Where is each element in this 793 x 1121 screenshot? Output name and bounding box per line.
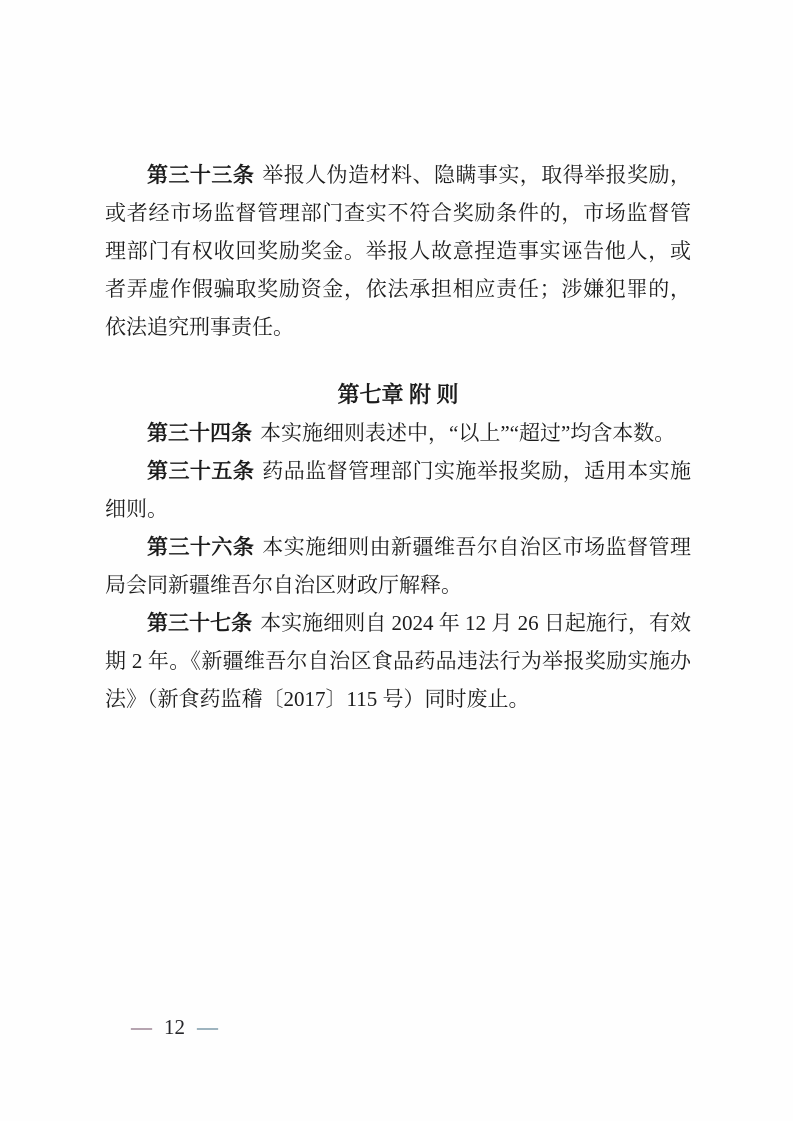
document-page: 第三十三条举报人伪造材料、隐瞒事实，取得举报奖励，或者经市场监督管理部门查实不符…	[0, 0, 793, 1121]
page-number: 12	[164, 1012, 185, 1042]
article-36-number: 第三十六条	[147, 535, 254, 559]
chapter-heading: 第七章 附 则	[105, 376, 691, 414]
article-33-number: 第三十三条	[147, 163, 254, 187]
article-34-text: 本实施细则表述中，“以上”“超过”均含本数。	[260, 421, 675, 445]
article-37-number: 第三十七条	[147, 611, 252, 635]
article-34-number: 第三十四条	[147, 421, 252, 445]
document-body: 第三十三条举报人伪造材料、隐瞒事实，取得举报奖励，或者经市场监督管理部门查实不符…	[105, 156, 691, 718]
article-33-paragraph: 第三十三条举报人伪造材料、隐瞒事实，取得举报奖励，或者经市场监督管理部门查实不符…	[105, 156, 691, 346]
article-35-paragraph: 第三十五条药品监督管理部门实施举报奖励，适用本实施细则。	[105, 452, 691, 528]
page-footer: — 12 —	[131, 1012, 218, 1042]
article-36-paragraph: 第三十六条本实施细则由新疆维吾尔自治区市场监督管理局会同新疆维吾尔自治区财政厅解…	[105, 528, 691, 604]
footer-dash-right: —	[197, 1012, 218, 1042]
article-37-paragraph: 第三十七条本实施细则自 2024 年 12 月 26 日起施行，有效期 2 年。…	[105, 604, 691, 718]
article-35-number: 第三十五条	[147, 459, 254, 483]
article-34-paragraph: 第三十四条本实施细则表述中，“以上”“超过”均含本数。	[105, 414, 691, 452]
article-33-text: 举报人伪造材料、隐瞒事实，取得举报奖励，或者经市场监督管理部门查实不符合奖励条件…	[105, 163, 691, 339]
footer-dash-left: —	[131, 1012, 152, 1042]
